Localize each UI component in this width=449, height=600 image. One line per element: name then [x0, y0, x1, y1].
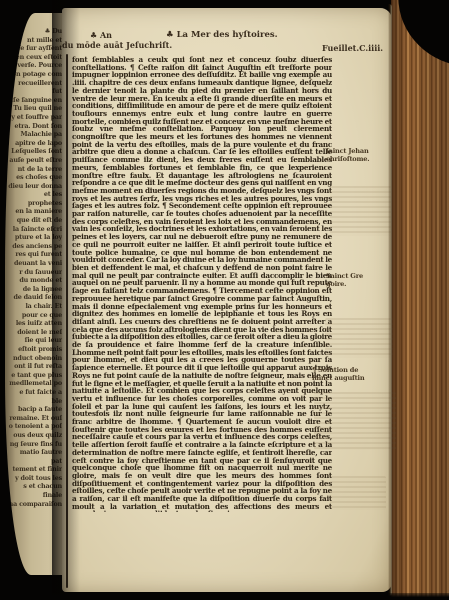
margin-note-augustin: ¶ Solution de ſainct auguſtin	[312, 366, 390, 382]
page-right-edge	[388, 4, 392, 596]
background-bottom	[0, 593, 449, 600]
showthrough-patch	[330, 186, 392, 236]
showthrough-patch	[325, 318, 393, 358]
facing-page-edge: ♣ Du nt mille et pſe ſur ayſſent t en ce…	[5, 13, 63, 575]
running-header-left-line1: ♣ An	[90, 30, 112, 40]
showthrough-patch	[314, 392, 396, 450]
margin-note-gregoire: Sainct Gre goire.	[326, 272, 404, 288]
book-photo: ♣ Du nt mille et pſe ſur ayſſent t en ce…	[0, 0, 449, 600]
margin-note-chrisostome: ſainct Jehan chriſoſtome.	[326, 147, 404, 163]
showthrough-patch	[330, 476, 386, 510]
folio-number: Fueillet.C.iiii.	[322, 43, 383, 53]
body-text: font ſemblables a ceulx qui ſont nez et …	[72, 56, 332, 512]
running-header-left-line2: du mōde auāt Jeſuchriſt.	[62, 40, 172, 50]
book-page: ♣ An du mōde auāt Jeſuchriſt. ♣ La Mer d…	[62, 8, 392, 592]
gutter-rule-line	[66, 54, 68, 588]
facing-page-cutoff-text: ♣ Du nt mille et pſe ſur ayſſent t en ce…	[8, 27, 62, 533]
running-header-title: ♣ La Mer des hyſtoires.	[166, 30, 278, 40]
book-fore-edge	[391, 0, 449, 600]
